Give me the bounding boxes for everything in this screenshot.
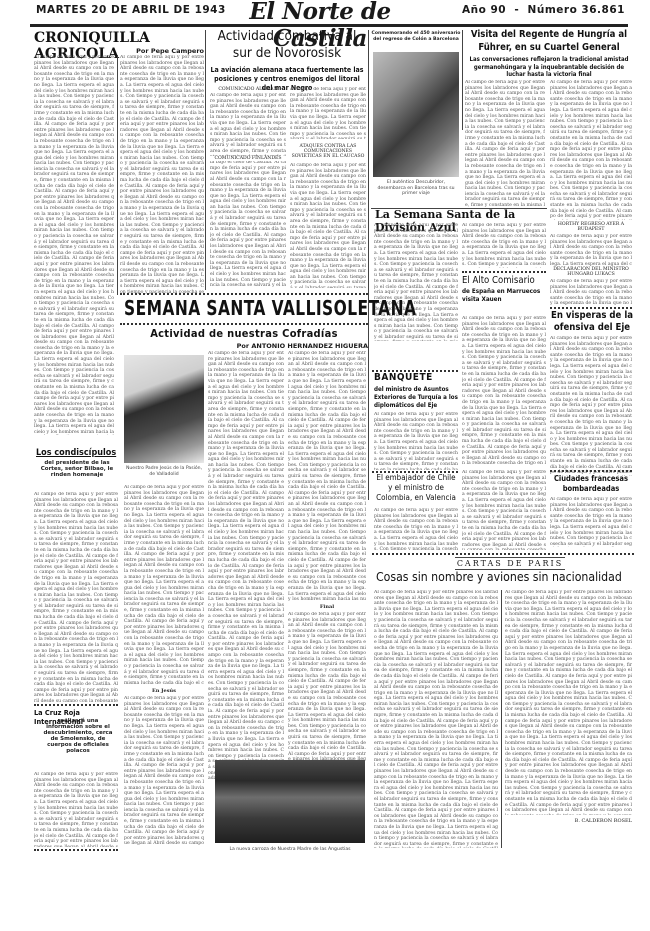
colon-photo (373, 52, 459, 177)
cartas-byline: B. CALDERON ROSEL (540, 818, 632, 824)
column-divider (117, 55, 118, 295)
column-divider (368, 30, 369, 210)
visperas-body: Al campo de feria aquí y por entre pinar… (550, 336, 632, 476)
semana-santa-body-col3b: Al campo de feria aquí y por entre pinar… (288, 612, 366, 762)
novorosisk-headline: Actividad combativa al sur de Novorosisk (208, 28, 366, 62)
visperas-headline: En visperas de la ofensiva del Eje (550, 310, 634, 334)
semana-santa-headline: SEMANA SANTA VALLISOLETANA (124, 296, 334, 320)
semana-santa-body-col1b: Al campo de feria aquí y por entre pinar… (124, 696, 204, 846)
masthead-date: MARTES 20 DE ABRIL DE 1943 (36, 4, 226, 16)
section-divider (34, 849, 118, 851)
novorosisk-subhead-caucaso: ATAQUES CONTRA LAS COMUNICACIONES SOVIET… (290, 144, 366, 159)
masthead-issue: Año 90 - Número 36.861 (462, 4, 625, 16)
embajador-body: Al campo de feria aquí y por entre pinar… (374, 508, 458, 550)
novorosisk-subhead-aleman: COMUNICADO ALEMAN (210, 87, 286, 92)
condiscipulos-headline: Los condiscípulos (36, 448, 118, 458)
column-divider (368, 210, 369, 500)
section-divider (120, 323, 368, 325)
column-divider (205, 30, 206, 290)
banquete-headline: BANQUETE (374, 372, 458, 383)
ciudades-headline: Ciudades francesas bombardeadas (550, 474, 632, 494)
alto-comisario-deck: de España en Marruecos visita Xauen (462, 288, 548, 304)
cartas-body-col1: Al campo de feria aquí y por entre pinar… (374, 590, 498, 848)
semana-santa-body-col1: Al campo de feria aquí y por entre pinar… (124, 485, 204, 685)
cruz-roja-deck: realizará una información sobre el descu… (40, 718, 116, 754)
section-divider (462, 271, 546, 273)
alto-comisario-headline: El Alto Comisario (462, 275, 548, 286)
ciudades-body: Al campo de feria aquí y por entre pinar… (550, 497, 632, 547)
cruz-roja-body: Al campo de feria aquí y por entre pinar… (34, 772, 118, 847)
regente-body-col2c: Al campo de feria aquí y por entre pinar… (550, 279, 632, 305)
semana-santa-body-col3: Al campo de feria aquí y por entre pinar… (288, 351, 366, 601)
croniquilla-byline: Por Pepe Campero (100, 47, 204, 55)
jesus-pasion-caption: Nuestro Padre Jesús de la Pasión, de Val… (124, 466, 204, 477)
regente-deck: Las conversaciones reflejaron la tradici… (464, 56, 634, 79)
cartas-section-label: CARTAS DE PARIS (455, 557, 565, 570)
cartas-headline: Cosas sin nombre y aviones sin nacionali… (376, 570, 634, 584)
croniquilla-body-col1: Al campo de feria aquí y por entre pinar… (34, 55, 114, 435)
column-divider (462, 30, 463, 130)
carroza-photo (215, 760, 365, 843)
colon-photo-caption-top: Conmemorando el 450 aniversario del regr… (371, 31, 461, 42)
regente-body-col2b: Al campo de feria aquí y por entre pinar… (550, 234, 632, 266)
carroza-caption: La nueva carroza de Nuestra Madre de las… (215, 847, 365, 853)
semana-santa-subheadline: Actividad de nuestras Cofradías (120, 327, 368, 340)
condiscipulos-body: Al campo de feria aquí y por entre pinar… (34, 492, 118, 702)
alto-comisario-body: Al campo de feria aquí y por entre pinar… (462, 316, 546, 466)
colon-photo-caption: El auténtico Descubridor, desembarca en … (373, 180, 459, 197)
regente-subhead-horthy: HORTHY REGRESO AYER A BUDAPEST (550, 222, 632, 232)
alto-comisario-body-cont: Al campo de feria aquí y por entre pinar… (462, 470, 546, 550)
banquete-deck: del ministro de Asuntos Exteriores de Tu… (374, 386, 460, 410)
embajador-headline: El embajador de Chile y el ministro de C… (374, 473, 458, 503)
novorosisk-body-col2a: Al campo de feria aquí y por entre pinar… (290, 87, 366, 139)
banquete-body: Al campo de feria aquí y por entre pinar… (374, 412, 458, 470)
semana-santa-subhead-final: Final (288, 604, 366, 610)
section-divider (550, 470, 632, 472)
jesus-pasion-photo (124, 355, 204, 463)
semana-santa-subhead-jesus: En Jesús (124, 688, 204, 694)
semana-santa-byline: Por ANTONIO HERNANDEZ HIGUERA (200, 342, 368, 350)
section-divider (550, 307, 632, 309)
regente-subhead-lukacs: DECLARACION DEL MINISTRO HUNGARO LUKACS (550, 267, 632, 277)
condiscipulos-deck: del presidente de las Cortes, señor Bilb… (36, 460, 118, 478)
masthead-rule (30, 24, 628, 27)
regente-body-col2: Al campo de feria aquí y por entre pinar… (550, 80, 632, 220)
division-azul-body-col1: Al campo de feria aquí y por entre pinar… (374, 223, 458, 341)
cartas-body-col2: Al campo de feria aquí y por entre pinar… (505, 590, 632, 815)
regente-headline: Visita del Regente de Hungría al Führer,… (464, 29, 634, 54)
novorosisk-subhead-finlandes: COMUNICADO FINLANDES (210, 156, 286, 161)
section-divider (372, 553, 634, 555)
croniquilla-body-col2: Al campo de feria aquí y por entre pinar… (120, 55, 204, 295)
novorosisk-body-col1: Al campo de feria aquí y por entre pinar… (210, 93, 286, 288)
section-divider (34, 704, 118, 706)
column-divider (501, 590, 502, 848)
section-divider (120, 293, 368, 295)
regente-body-col1: Al campo de feria aquí y por entre pinar… (465, 80, 545, 208)
novorosisk-body-col2b: Al campo de feria aquí y por entre pinar… (290, 163, 366, 288)
division-azul-body-col2: Al campo de feria aquí y por entre pinar… (462, 223, 546, 268)
